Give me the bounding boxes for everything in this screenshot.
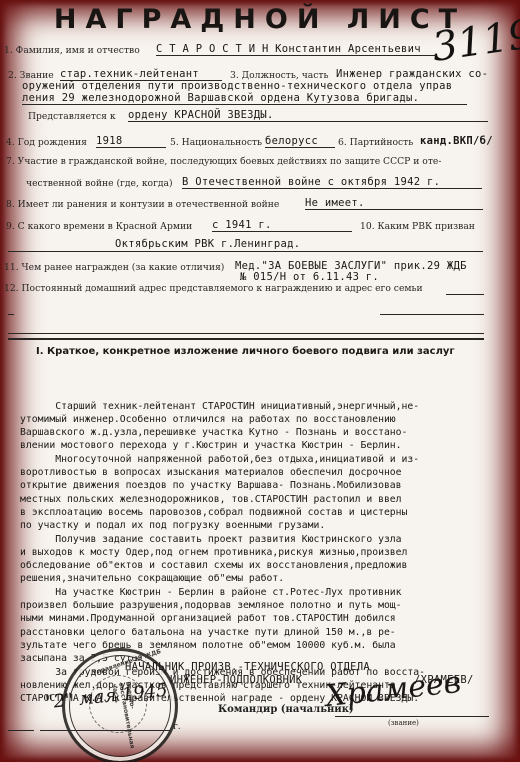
field-7-label-line-1: 7. Участие в гражданской войне, последую… (6, 156, 441, 167)
presented-to-value: ордену КРАСНОЙ ЗВЕЗДЫ. (128, 109, 488, 122)
paragraph-2: Многосуточной напряженной работой,без от… (20, 453, 510, 533)
signatory-position-line-1: НАЧАЛЬНИК ПРОИЗВ.-ТЕХНИЧЕСКОГО ОТДЕЛА (125, 661, 370, 673)
field-4-value: 1918 (96, 135, 166, 148)
field-3-value-line-1: Инженер гражданских со- (336, 68, 488, 80)
section-title: I. Краткое, конкретное изложение личного… (36, 346, 455, 357)
field-10-underline (8, 251, 483, 252)
field-1-label: 1. Фамилия, имя и отчество (4, 45, 140, 56)
presented-to-label: Представляется к (28, 111, 116, 122)
field-11-value-line-2: № 015/Н от 6.11.43 г. (240, 271, 379, 283)
field-12-underline-3 (8, 333, 484, 334)
date-month-line (40, 730, 170, 731)
field-10-value: Октябрьским РВК г.Ленинград. (115, 238, 300, 250)
field-12-label: 12. Постоянный домашний адрес представля… (4, 283, 423, 294)
field-3-value-line-2: оружений отделения пути производственно-… (22, 80, 452, 92)
paragraph-1: Старший техник-лейтенант СТАРОСТИН иници… (20, 400, 510, 453)
paragraph-3: Получив задание составить проект развити… (20, 533, 510, 586)
field-6-label: 6. Партийность (338, 137, 413, 148)
field-12-underline-2a (8, 314, 14, 315)
rank-caption: (звание) (388, 719, 419, 727)
field-4-label: 4. Год рождения (6, 137, 87, 148)
field-10-label: 10. Каким РВК призван (360, 221, 475, 232)
date-day-line (8, 730, 34, 731)
field-8-label: 8. Имеет ли ранения и контузии в отечест… (6, 199, 279, 210)
field-7-label-line-2: чественной войне (где, когда) (26, 178, 173, 189)
field-5-label: 5. Национальность (170, 137, 262, 148)
section-divider (8, 338, 484, 340)
field-6-value: канд.ВКП/б/ (420, 135, 493, 147)
commander-label: Командир (начальник) (218, 704, 354, 715)
field-5-value: белорусс (265, 135, 335, 148)
field-8-value: Не имеет. (305, 197, 483, 210)
field-1-value: С Т А Р О С Т И Н Константин Арсентьевич (156, 43, 436, 56)
field-7-value: В Отечественной войне с октября 1942 г. (182, 176, 482, 189)
commander-signature-line (335, 716, 489, 717)
date-year-suffix: г. (173, 722, 181, 732)
field-11-label: 11. Чем ранее награжден (за какие отличи… (4, 262, 224, 273)
field-3-value-line-3: ления 29 железнодорожной Варшавской орде… (22, 92, 467, 105)
award-sheet-document: НАГРАДНОЙ ЛИСТ 3119 1. Фамилия, имя и от… (0, 0, 520, 762)
field-12-underline-1 (446, 294, 484, 295)
field-9-label: 9. С какого времени в Красной Армии (6, 221, 192, 232)
signatory-position-line-2: ИНЖЕНЕР-ПОДПОЛКОВНИК (170, 674, 302, 686)
field-12-underline-2b (380, 314, 484, 315)
field-9-value: с 1941 г. (212, 219, 352, 232)
